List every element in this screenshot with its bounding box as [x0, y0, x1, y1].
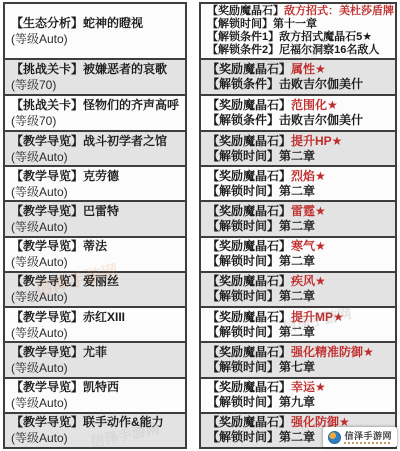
reward-line: 【奖励魔晶石】范围化★	[207, 98, 389, 113]
reward-line-label: 【奖励魔晶石】	[207, 310, 291, 324]
site-logo-badge: 信泽手游网	[323, 427, 397, 447]
unlock-value: 第二章	[279, 289, 315, 303]
reward-line-label: 【奖励魔晶石】	[207, 169, 291, 183]
reward-line-label: 【解锁时间】	[207, 184, 279, 198]
unlock-value: 击败吉尔伽美什	[279, 77, 363, 91]
quest-level: (等级Auto)	[11, 395, 179, 411]
quest-level: (等级Auto)	[11, 149, 179, 165]
reward-line-label: 【奖励魔晶石】	[207, 239, 291, 253]
quest-cell: 【教学导览】蒂法(等级Auto)	[5, 236, 185, 271]
reward-cell: 【奖励魔晶石】范围化★【解锁条件】击败吉尔伽美什	[201, 94, 395, 130]
reward-cell: 【奖励魔晶石】提升HP★【解锁时间】第二章	[201, 130, 395, 165]
reward-line: 【解锁条件】击败吉尔伽美什	[207, 77, 389, 92]
reward-line: 【解锁时间】第二章	[207, 289, 389, 304]
reward-line: 【解锁时间】第二章	[207, 184, 389, 199]
reward-line-label: 【解锁时间】	[207, 430, 279, 444]
reward-line: 【解锁时间】第二章	[207, 325, 389, 340]
reward-cell: 【奖励魔晶石】雷霆★【解锁时间】第二章	[201, 200, 395, 235]
reward-line-label: 【解锁时间】	[207, 149, 279, 163]
reward-line: 【解锁条件2】尼福尔洞察16名敌人	[207, 44, 389, 57]
reward-line-label: 【解锁时间】	[207, 254, 279, 268]
reward-line-label: 【解锁时间】	[207, 395, 279, 409]
reward-line-label: 【解锁条件】	[207, 113, 279, 127]
quest-title: 【挑战关卡】怪物们的齐声高呼	[11, 97, 179, 113]
quest-level: (等级70)	[11, 77, 179, 93]
quest-level: (等级Auto)	[11, 254, 179, 270]
reward-line-label: 【解锁条件1】	[207, 31, 279, 43]
reward-cell: 【奖励魔晶石】疾风★【解锁时间】第二章	[201, 271, 395, 306]
quest-cell: 【挑战关卡】怪物们的齐声高呼(等级70)	[5, 94, 185, 130]
reward-cell: 【奖励魔晶石】强化精准防御★【解锁时间】第七章	[201, 341, 395, 376]
reward-cell: 【奖励魔晶石】烈焰★【解锁时间】第二章	[201, 165, 395, 200]
unlock-value: 第二章	[279, 430, 315, 444]
quest-cell: 【挑战关卡】被嫌恶者的哀歌(等级70)	[5, 58, 185, 94]
quest-cell: 【教学导览】尤菲(等级Auto)	[5, 341, 185, 376]
quest-title: 【生态分析】蛇神的瞪视	[11, 15, 179, 31]
unlock-value: 第二章	[279, 219, 315, 233]
site-logo-subtext-bar	[344, 442, 392, 444]
quest-title: 【教学导览】爱丽丝	[11, 273, 179, 289]
reward-cell: 【奖励魔晶石】属性★【解锁条件】击败吉尔伽美什	[201, 58, 395, 94]
materia-name: 雷霆★	[291, 204, 326, 218]
site-logo-text: 信泽手游网	[344, 431, 392, 441]
quest-title: 【教学导览】巴雷特	[11, 203, 179, 219]
reward-cell: 【奖励魔晶石】寒气★【解锁时间】第二章	[201, 236, 395, 271]
reward-line-label: 【奖励魔晶石】	[207, 380, 291, 394]
globe-icon	[328, 431, 341, 444]
materia-name: 提升HP★	[291, 134, 342, 148]
quest-title: 【挑战关卡】被嫌恶者的哀歌	[11, 61, 179, 77]
quest-cell: 【教学导览】巴雷特(等级Auto)	[5, 200, 185, 235]
quest-level: (等级Auto)	[11, 219, 179, 235]
reward-line-label: 【奖励魔晶石】	[207, 5, 284, 17]
quest-cell: 【教学导览】联手动作&能力(等级Auto)	[5, 412, 185, 447]
reward-cell: 【奖励魔晶石】幸运★【解锁时间】第九章	[201, 377, 395, 412]
reward-line-label: 【奖励魔晶石】	[207, 415, 291, 429]
quest-cell: 【教学导览】克劳德(等级Auto)	[5, 165, 185, 200]
unlock-value: 第九章	[279, 395, 315, 409]
quest-cell: 【教学导览】爱丽丝(等级Auto)	[5, 271, 185, 306]
reward-line: 【奖励魔晶石】属性★	[207, 62, 389, 77]
quest-title: 【教学导览】克劳德	[11, 168, 179, 184]
reward-line-label: 【奖励魔晶石】	[207, 274, 291, 288]
reward-line-label: 【奖励魔晶石】	[207, 62, 291, 76]
reward-line: 【奖励魔晶石】烈焰★	[207, 169, 389, 184]
quest-level: (等级70)	[11, 113, 179, 129]
materia-name: 疾风★	[291, 274, 326, 288]
reward-line-label: 【奖励魔晶石】	[207, 204, 291, 218]
reward-line-label: 【奖励魔晶石】	[207, 98, 291, 112]
quest-level: (等级Auto)	[11, 289, 179, 305]
materia-name: 烈焰★	[291, 169, 326, 183]
quest-title: 【教学导览】蒂法	[11, 238, 179, 254]
reward-line: 【奖励魔晶石】提升HP★	[207, 134, 389, 149]
materia-name: 提升MP★	[291, 310, 344, 324]
materia-name: 寒气★	[291, 239, 326, 253]
reward-line: 【奖励魔晶石】强化精准防御★	[207, 345, 389, 360]
quest-level: (等级Auto)	[11, 360, 179, 376]
materia-name: 幸运★	[291, 380, 326, 394]
quest-cell: 【教学导览】赤红XIII(等级Auto)	[5, 306, 185, 341]
reward-line: 【奖励魔晶石】幸运★	[207, 380, 389, 395]
reward-line-label: 【解锁时间】	[207, 325, 279, 339]
reward-line-label: 【解锁时间】	[207, 18, 273, 30]
quest-level: (等级Auto)	[11, 325, 179, 341]
quest-title: 【教学导览】战斗初学者之馆	[11, 133, 179, 149]
unlock-value: 敌方招式魔晶石5★	[279, 31, 372, 43]
unlock-value: 第二章	[279, 184, 315, 198]
reward-line-label: 【奖励魔晶石】	[207, 345, 291, 359]
reward-line: 【解锁时间】第七章	[207, 360, 389, 375]
reward-line-label: 【解锁时间】	[207, 219, 279, 233]
reward-line: 【解锁时间】第二章	[207, 149, 389, 164]
unlock-value: 第七章	[279, 360, 315, 374]
reward-line: 【奖励魔晶石】敌方招式：美杜莎盾牌	[207, 5, 389, 18]
unlock-value: 第二章	[279, 325, 315, 339]
quest-level: (等级Auto)	[11, 31, 179, 47]
reward-line-label: 【奖励魔晶石】	[207, 134, 291, 148]
unlock-value: 尼福尔洞察16名敌人	[279, 44, 379, 56]
quest-level: (等级Auto)	[11, 184, 179, 200]
reward-cell: 【奖励魔晶石】提升MP★【解锁时间】第二章	[201, 306, 395, 341]
unlock-value: 第二章	[279, 254, 315, 268]
materia-name: 敌方招式：美杜莎盾牌	[284, 5, 394, 17]
unlock-value: 第二章	[279, 149, 315, 163]
quest-cell: 【教学导览】战斗初学者之馆(等级Auto)	[5, 130, 185, 165]
reward-line: 【解锁时间】第二章	[207, 219, 389, 234]
reward-line: 【奖励魔晶石】疾风★	[207, 274, 389, 289]
quest-cell: 【生态分析】蛇神的瞪视(等级Auto)	[5, 4, 185, 58]
reward-line-label: 【解锁条件2】	[207, 44, 279, 56]
quest-title: 【教学导览】联手动作&能力	[11, 414, 179, 430]
reward-line: 【解锁时间】第十一章	[207, 18, 389, 31]
quest-cell: 【教学导览】凯特西(等级Auto)	[5, 377, 185, 412]
reward-line-label: 【解锁条件】	[207, 77, 279, 91]
materia-name: 属性★	[291, 62, 326, 76]
reward-line: 【解锁条件1】敌方招式魔晶石5★	[207, 31, 389, 44]
materia-name: 强化精准防御★	[291, 345, 374, 359]
unlock-value: 击败吉尔伽美什	[279, 113, 363, 127]
reward-line: 【奖励魔晶石】提升MP★	[207, 310, 389, 325]
reward-line: 【奖励魔晶石】寒气★	[207, 239, 389, 254]
quest-title: 【教学导览】赤红XIII	[11, 309, 179, 325]
reward-line: 【解锁条件】击败吉尔伽美什	[207, 113, 389, 128]
reward-unlock-table: 【奖励魔晶石】敌方招式：美杜莎盾牌【解锁时间】第十一章【解锁条件1】敌方招式魔晶…	[199, 2, 397, 449]
quest-title: 【教学导览】凯特西	[11, 379, 179, 395]
reward-line-label: 【解锁时间】	[207, 360, 279, 374]
reward-line: 【解锁时间】第二章	[207, 254, 389, 269]
quest-level: (等级Auto)	[11, 430, 179, 446]
reward-line-label: 【解锁时间】	[207, 289, 279, 303]
unlock-value: 第十一章	[273, 18, 317, 30]
quest-title: 【教学导览】尤菲	[11, 344, 179, 360]
reward-line: 【解锁时间】第九章	[207, 395, 389, 410]
reward-cell: 【奖励魔晶石】敌方招式：美杜莎盾牌【解锁时间】第十一章【解锁条件1】敌方招式魔晶…	[201, 4, 395, 58]
quest-list-table: 【生态分析】蛇神的瞪视(等级Auto)【挑战关卡】被嫌恶者的哀歌(等级70)【挑…	[3, 2, 187, 449]
materia-name: 范围化★	[291, 98, 338, 112]
reward-line: 【奖励魔晶石】雷霆★	[207, 204, 389, 219]
